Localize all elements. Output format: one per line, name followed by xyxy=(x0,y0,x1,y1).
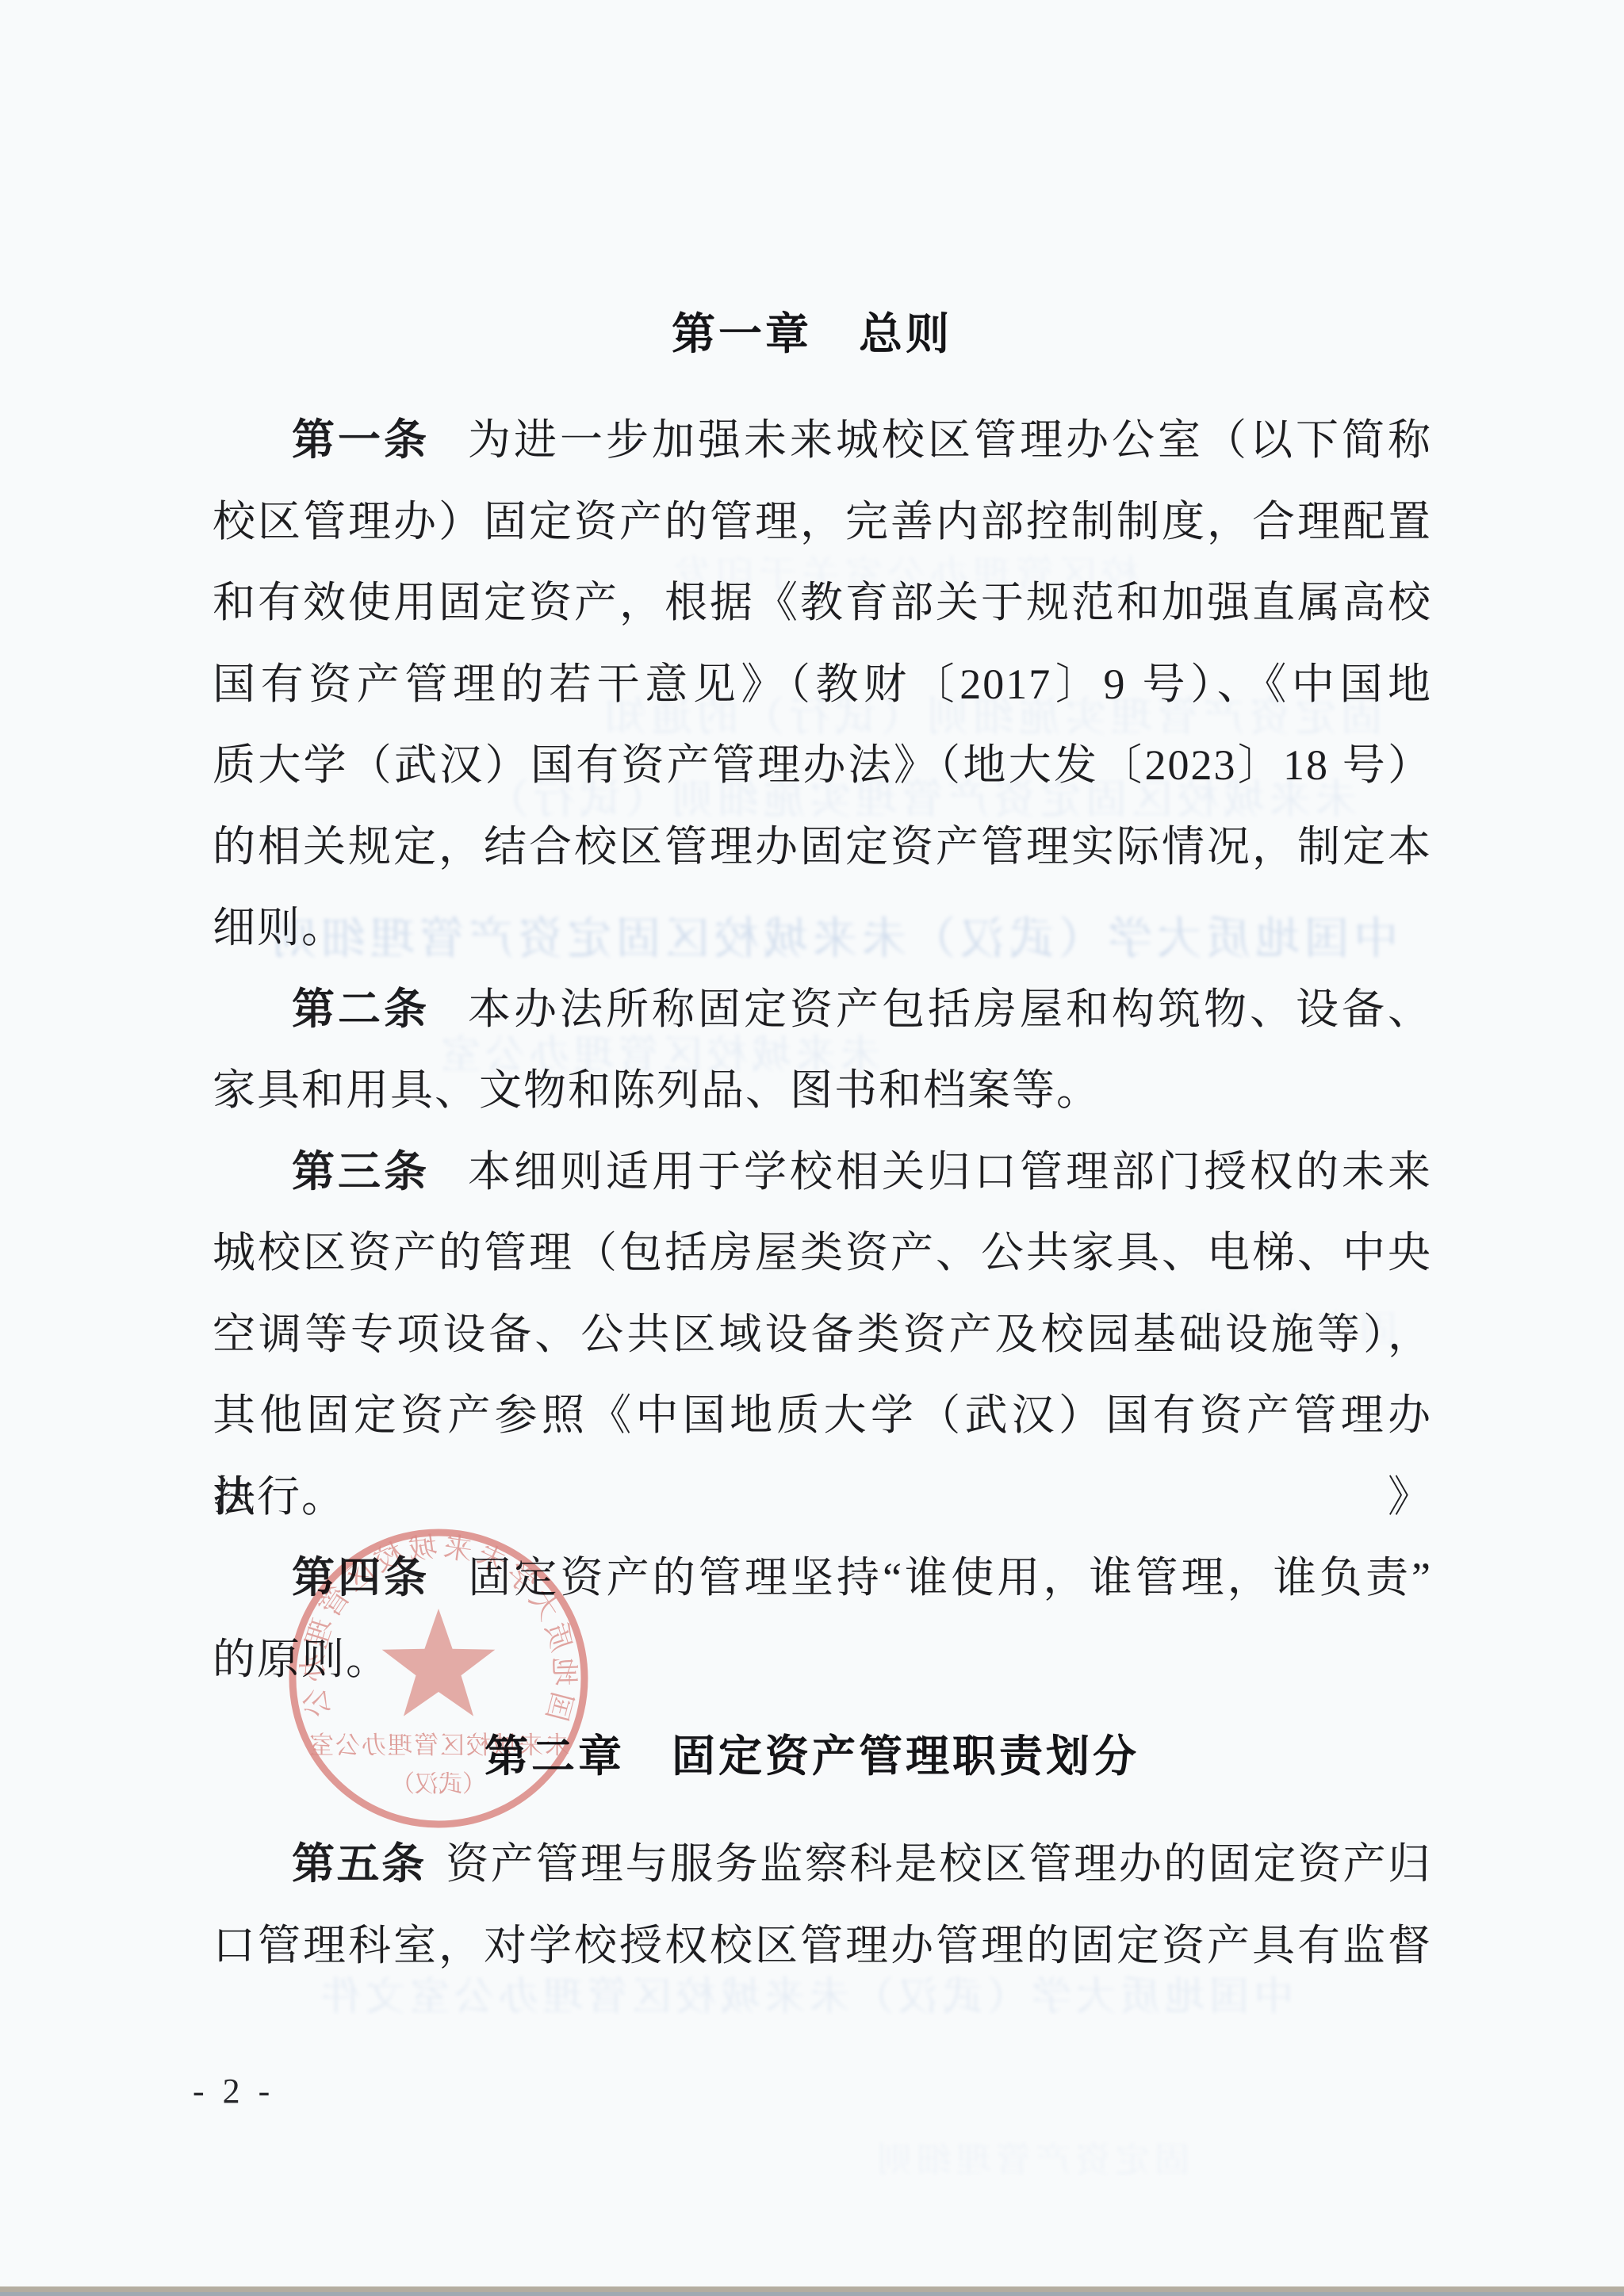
line-text: 资产管理与服务监察科是校区管理办的固定资产归 xyxy=(446,1840,1432,1888)
scan-edge-shadow xyxy=(0,2292,1624,2296)
text-line: 口管理科室，对学校授权校区管理办管理的固定资产具有监督 xyxy=(213,1905,1432,1987)
article-number-label: 第一条 xyxy=(292,416,430,464)
line-text: 本办法所称固定资产包括房屋和构筑物、设备、 xyxy=(466,985,1432,1033)
seal-office-text: 未来城校区管理办公室 xyxy=(308,1732,569,1759)
page-number: - 2 - xyxy=(193,2071,274,2112)
line-text: 空调等专项设备、公共区域设备类资产及校园基础设施等）， xyxy=(213,1311,1432,1358)
seal-city-text: （武汉） xyxy=(391,1771,486,1797)
text-line: 质大学（武汉）国有资产管理办法》（地大发〔2023〕18 号） xyxy=(213,725,1432,806)
text-line: 国有资产管理的若干意见》（教财〔2017〕9 号）、《中国地 xyxy=(213,644,1432,725)
line-text: 细则。 xyxy=(213,904,346,951)
line-text: 和有效使用固定资产，根据《教育部关于规范和加强直属高校 xyxy=(213,579,1432,626)
text-line: 第三条本细则适用于学校相关归口管理部门授权的未来 xyxy=(213,1131,1432,1213)
article-number-label: 第三条 xyxy=(292,1148,430,1196)
line-text: 国有资产管理的若干意见》（教财〔2017〕9 号）、《中国地 xyxy=(213,660,1432,708)
text-line: 第二条本办法所称固定资产包括房屋和构筑物、设备、 xyxy=(213,969,1432,1050)
text-line: 其他固定资产参照《中国地质大学（武汉）国有资产管理办法》 xyxy=(213,1375,1432,1456)
text-line: 细则。 xyxy=(213,887,1432,969)
text-line: 第一条为进一步加强未来城校区管理办公室（以下简称 xyxy=(213,400,1432,481)
scanned-document-page: 校区管理办公室关于印发固定资产管理实施细则（试行）的通知未来城校区固定资产管理实… xyxy=(0,0,1624,2296)
line-text: 口管理科室，对学校授权校区管理办管理的固定资产具有监督 xyxy=(213,1922,1432,1969)
line-text: 其他固定资产参照《中国地质大学（武汉）国有资产管理办法》 xyxy=(213,1391,1432,1521)
text-line: 校区管理办）固定资产的管理，完善内部控制制度，合理配置 xyxy=(213,481,1432,563)
body-text-article-5: 第五条资产管理与服务监察科是校区管理办的固定资产归口管理科室，对学校授权校区管理… xyxy=(213,1823,1432,1986)
scan-edge-strip xyxy=(0,2286,1624,2292)
line-text: 本细则适用于学校相关归口管理部门授权的未来 xyxy=(466,1148,1432,1196)
seal-star-icon xyxy=(382,1609,496,1716)
line-text: 城校区资产的管理（包括房屋类资产、公共家具、电梯、中央 xyxy=(213,1229,1432,1276)
line-text: 的相关规定，结合校区管理办固定资产管理实际情况，制定本 xyxy=(213,823,1432,871)
article-number-label: 第五条 xyxy=(292,1840,427,1888)
line-text: 校区管理办）固定资产的管理，完善内部控制制度，合理配置 xyxy=(213,498,1432,545)
official-seal-stamp-icon: 中国地质大学未来城校区管理办公室 未来城校区管理办公室 （武汉） xyxy=(276,1524,593,1841)
chapter-2-heading: 第二章 固定资产管理职责划分 xyxy=(0,1728,1624,1784)
line-text: 固定资产的管理坚持“谁使用，谁管理，谁负责” xyxy=(466,1554,1432,1601)
line-text: 家具和用具、文物和陈列品、图书和档案等。 xyxy=(213,1066,1101,1114)
line-text: 执行。 xyxy=(213,1473,346,1521)
bleedthrough-text: 固定资产管理细则 xyxy=(714,2131,1348,2182)
text-line: 城校区资产的管理（包括房屋类资产、公共家具、电梯、中央 xyxy=(213,1212,1432,1294)
text-line: 的相关规定，结合校区管理办固定资产管理实际情况，制定本 xyxy=(213,806,1432,888)
text-line: 空调等专项设备、公共区域设备类资产及校园基础设施等）， xyxy=(213,1294,1432,1376)
article-number-label: 第二条 xyxy=(292,985,430,1033)
chapter-1-heading: 第一章 总则 xyxy=(0,306,1624,362)
body-text-articles-1-4: 第一条为进一步加强未来城校区管理办公室（以下简称校区管理办）固定资产的管理，完善… xyxy=(213,400,1432,1700)
text-line: 和有效使用固定资产，根据《教育部关于规范和加强直属高校 xyxy=(213,562,1432,644)
line-text: 为进一步加强未来城校区管理办公室（以下简称 xyxy=(466,416,1432,464)
line-text: 质大学（武汉）国有资产管理办法》（地大发〔2023〕18 号） xyxy=(213,741,1432,789)
text-line: 家具和用具、文物和陈列品、图书和档案等。 xyxy=(213,1050,1432,1131)
